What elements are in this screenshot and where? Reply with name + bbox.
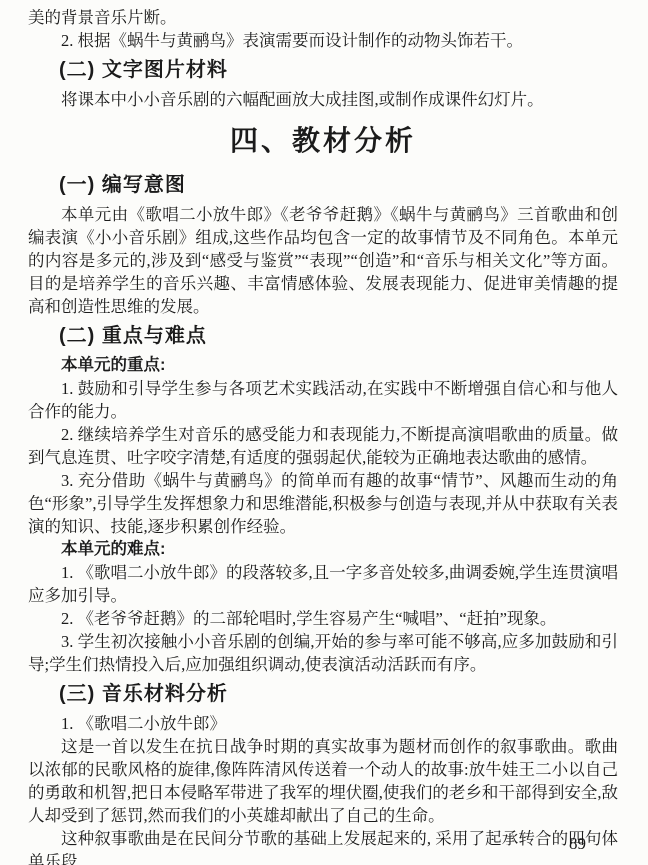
section-heading-text-picture-materials: (二) 文字图片材料 [28,56,618,84]
chapter-title: 四、教材分析 [28,123,618,161]
difficulty-item-3: 3. 学生初次接触小小音乐剧的创编,开始的参与率可能不够高,应多加鼓励和引导;学… [28,630,618,676]
song-title-item: 1. 《歌唱二小放牛郎》 [28,712,618,735]
scanned-document-page: 美的背景音乐片断。 2. 根据《蜗牛与黄鹂鸟》表演需要而设计制作的动物头饰若干。… [0,0,648,865]
focus-item-3: 3. 充分借助《蜗牛与黄鹂鸟》的简单而有趣的故事“情节”、风趣而生动的角色“形象… [28,469,618,538]
paragraph-materials: 将课本中小小音乐剧的六幅配画放大成挂图,或制作成课件幻灯片。 [28,88,618,111]
section-heading-key-points: (二) 重点与难点 [28,322,618,350]
paragraph-song-analysis-1: 这是一首以发生在抗日战争时期的真实故事为题材而创作的叙事歌曲。歌曲以浓郁的民歌风… [28,735,618,827]
paragraph-writing-intent: 本单元由《歌唱二小放牛郎》《老爷爷赶鹅》《蜗牛与黄鹂鸟》三首歌曲和创编表演《小小… [28,203,618,318]
paragraph-song-analysis-2: 这种叙事歌曲是在民间分节歌的基础上发展起来的, 采用了起承转合的四句体单乐段 [28,827,618,865]
focus-item-1: 1. 鼓励和引导学生参与各项艺术实践活动,在实践中不断增强自信心和与他人合作的能… [28,377,618,423]
section-heading-music-material-analysis: (三) 音乐材料分析 [28,680,618,708]
label-unit-difficulty: 本单元的难点: [28,538,618,561]
numbered-item-prelude-2: 2. 根据《蜗牛与黄鹂鸟》表演需要而设计制作的动物头饰若干。 [28,29,618,52]
section-heading-writing-intent: (一) 编写意图 [28,171,618,199]
label-unit-focus: 本单元的重点: [28,354,618,377]
page-number: 89 [569,833,586,855]
difficulty-item-1: 1. 《歌唱二小放牛郎》的段落较多,且一字多音处较多,曲调委婉,学生连贯演唱应多… [28,561,618,607]
paragraph-prelude-tail: 美的背景音乐片断。 [28,6,618,29]
focus-item-2: 2. 继续培养学生对音乐的感受能力和表现能力,不断提高演唱歌曲的质量。做到气息连… [28,423,618,469]
difficulty-item-2: 2. 《老爷爷赶鹅》的二部轮唱时,学生容易产生“喊唱”、“赶拍”现象。 [28,607,618,630]
